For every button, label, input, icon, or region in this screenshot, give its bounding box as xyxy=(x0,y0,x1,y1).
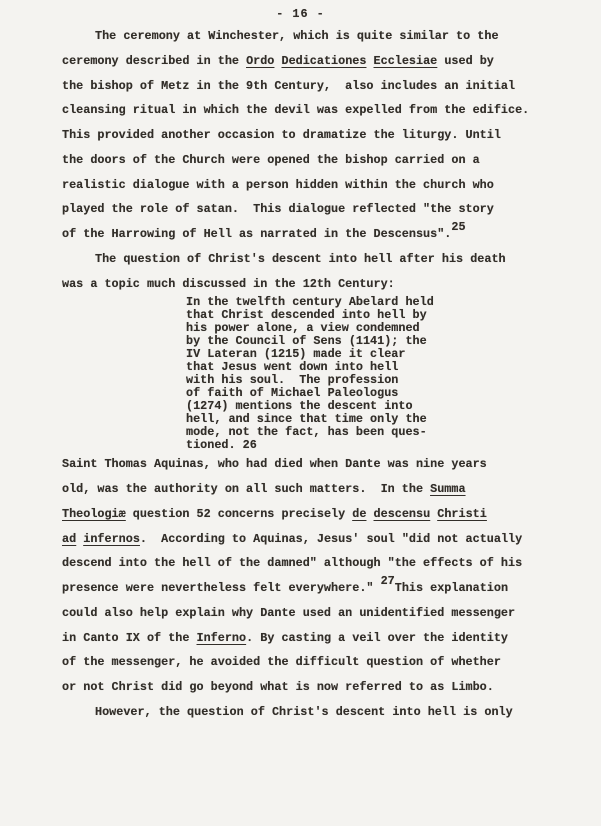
text-line: the doors of the Church were opened the … xyxy=(62,148,554,173)
text-line: was a topic much discussed in the 12th C… xyxy=(62,272,554,297)
text-segment: his power alone, a view condemned xyxy=(186,321,420,335)
text-segment: or not Christ did go beyond what is now … xyxy=(62,680,494,694)
text-segment: that Christ descended into hell by xyxy=(186,308,427,322)
text-segment: by the Council of Sens (1141); the xyxy=(186,334,427,348)
document-page: - 16 - The ceremony at Winchester, which… xyxy=(0,0,601,826)
text-line: However, the question of Christ's descen… xyxy=(62,700,554,725)
text-line: of the Harrowing of Hell as narrated in … xyxy=(62,222,554,247)
text-segment: played the role of satan. This dialogue … xyxy=(62,202,494,216)
underlined-text: infernos xyxy=(83,532,140,546)
text-segment: old, was the authority on all such matte… xyxy=(62,482,430,496)
text-segment: of the messenger, he avoided the difficu… xyxy=(62,655,501,669)
block-quote: In the twelfth century Abelard heldthat … xyxy=(186,296,554,452)
text-segment: descend into the hell of the damned" alt… xyxy=(62,556,522,570)
underlined-text: Theologiæ xyxy=(62,507,126,521)
paragraph: The ceremony at Winchester, which is qui… xyxy=(62,24,554,247)
text-line: played the role of satan. This dialogue … xyxy=(62,197,554,222)
paragraph: The question of Christ's descent into he… xyxy=(62,247,554,297)
text-line: tioned. 26 xyxy=(186,439,554,452)
text-segment: cleansing ritual in which the devil was … xyxy=(62,103,529,117)
underlined-text: Ecclesiae xyxy=(374,54,438,68)
text-line: ceremony described in the Ordo Dedicatio… xyxy=(62,49,554,74)
text-segment: the doors of the Church were opened the … xyxy=(62,153,480,167)
text-segment: of the Harrowing of Hell as narrated in … xyxy=(62,227,451,241)
text-segment: in Canto IX of the xyxy=(62,631,197,645)
text-line: Saint Thomas Aquinas, who had died when … xyxy=(62,452,554,477)
text-line: cleansing ritual in which the devil was … xyxy=(62,98,554,123)
text-line: ad infernos. According to Aquinas, Jesus… xyxy=(62,527,554,552)
text-segment xyxy=(366,507,373,521)
paragraph: However, the question of Christ's descen… xyxy=(62,700,554,725)
text-line: the bishop of Metz in the 9th Century, a… xyxy=(62,74,554,99)
text-line: This provided another occasion to dramat… xyxy=(62,123,554,148)
text-line: in Canto IX of the Inferno. By casting a… xyxy=(62,626,554,651)
underlined-text: descensu xyxy=(374,507,431,521)
underlined-text: Ordo xyxy=(246,54,274,68)
text-line: The question of Christ's descent into he… xyxy=(62,247,554,272)
text-line: or not Christ did go beyond what is now … xyxy=(62,675,554,700)
text-segment: that Jesus went down into hell xyxy=(186,360,398,374)
text-segment xyxy=(366,54,373,68)
text-line: could also help explain why Dante used a… xyxy=(62,601,554,626)
text-segment: question 52 concerns precisely xyxy=(126,507,353,521)
text-segment: the bishop of Metz in the 9th Century, a… xyxy=(62,79,515,93)
text-segment: IV Lateran (1215) made it clear xyxy=(186,347,405,361)
text-segment: This provided another occasion to dramat… xyxy=(62,128,501,142)
text-segment: tioned. 26 xyxy=(186,438,257,452)
text-line: Theologiæ question 52 concerns precisely… xyxy=(62,502,554,527)
text-segment: of faith of Michael Paleologus xyxy=(186,386,398,400)
text-segment: mode, not the fact, has been ques- xyxy=(186,425,427,439)
page-number: - 16 - xyxy=(0,0,601,21)
text-segment: with his soul. The profession xyxy=(186,373,398,387)
text-line: of the messenger, he avoided the difficu… xyxy=(62,650,554,675)
underlined-text: Summa xyxy=(430,482,465,496)
text-segment: In the twelfth century Abelard held xyxy=(186,295,434,309)
underlined-text: Christi xyxy=(437,507,487,521)
underlined-text: de xyxy=(352,507,366,521)
text-segment: However, the question of Christ's descen… xyxy=(95,705,513,719)
text-segment: ceremony described in the xyxy=(62,54,246,68)
text-segment: hell, and since that time only the xyxy=(186,412,427,426)
text-segment: was a topic much discussed in the 12th C… xyxy=(62,277,395,291)
text-segment: realistic dialogue with a person hidden … xyxy=(62,178,494,192)
text-line: realistic dialogue with a person hidden … xyxy=(62,173,554,198)
text-segment: . By casting a veil over the identity xyxy=(246,631,508,645)
text-segment: This explanation xyxy=(395,581,508,595)
text-segment: The question of Christ's descent into he… xyxy=(95,252,506,266)
text-line: presence were nevertheless felt everywhe… xyxy=(62,576,554,601)
underlined-text: ad xyxy=(62,532,76,546)
text-segment: . According to Aquinas, Jesus' soul "did… xyxy=(140,532,522,546)
text-segment: Saint Thomas Aquinas, who had died when … xyxy=(62,457,487,471)
text-line: The ceremony at Winchester, which is qui… xyxy=(62,24,554,49)
page-text: The ceremony at Winchester, which is qui… xyxy=(62,24,554,725)
paragraph: Saint Thomas Aquinas, who had died when … xyxy=(62,452,554,700)
text-line: descend into the hell of the damned" alt… xyxy=(62,551,554,576)
text-line: old, was the authority on all such matte… xyxy=(62,477,554,502)
text-segment: (1274) mentions the descent into xyxy=(186,399,413,413)
text-segment: The ceremony at Winchester, which is qui… xyxy=(95,29,499,43)
text-segment: could also help explain why Dante used a… xyxy=(62,606,515,620)
text-segment: presence were nevertheless felt everywhe… xyxy=(62,581,381,595)
underlined-text: Inferno xyxy=(197,631,247,645)
underlined-text: Dedicationes xyxy=(281,54,366,68)
text-segment: used by xyxy=(437,54,494,68)
